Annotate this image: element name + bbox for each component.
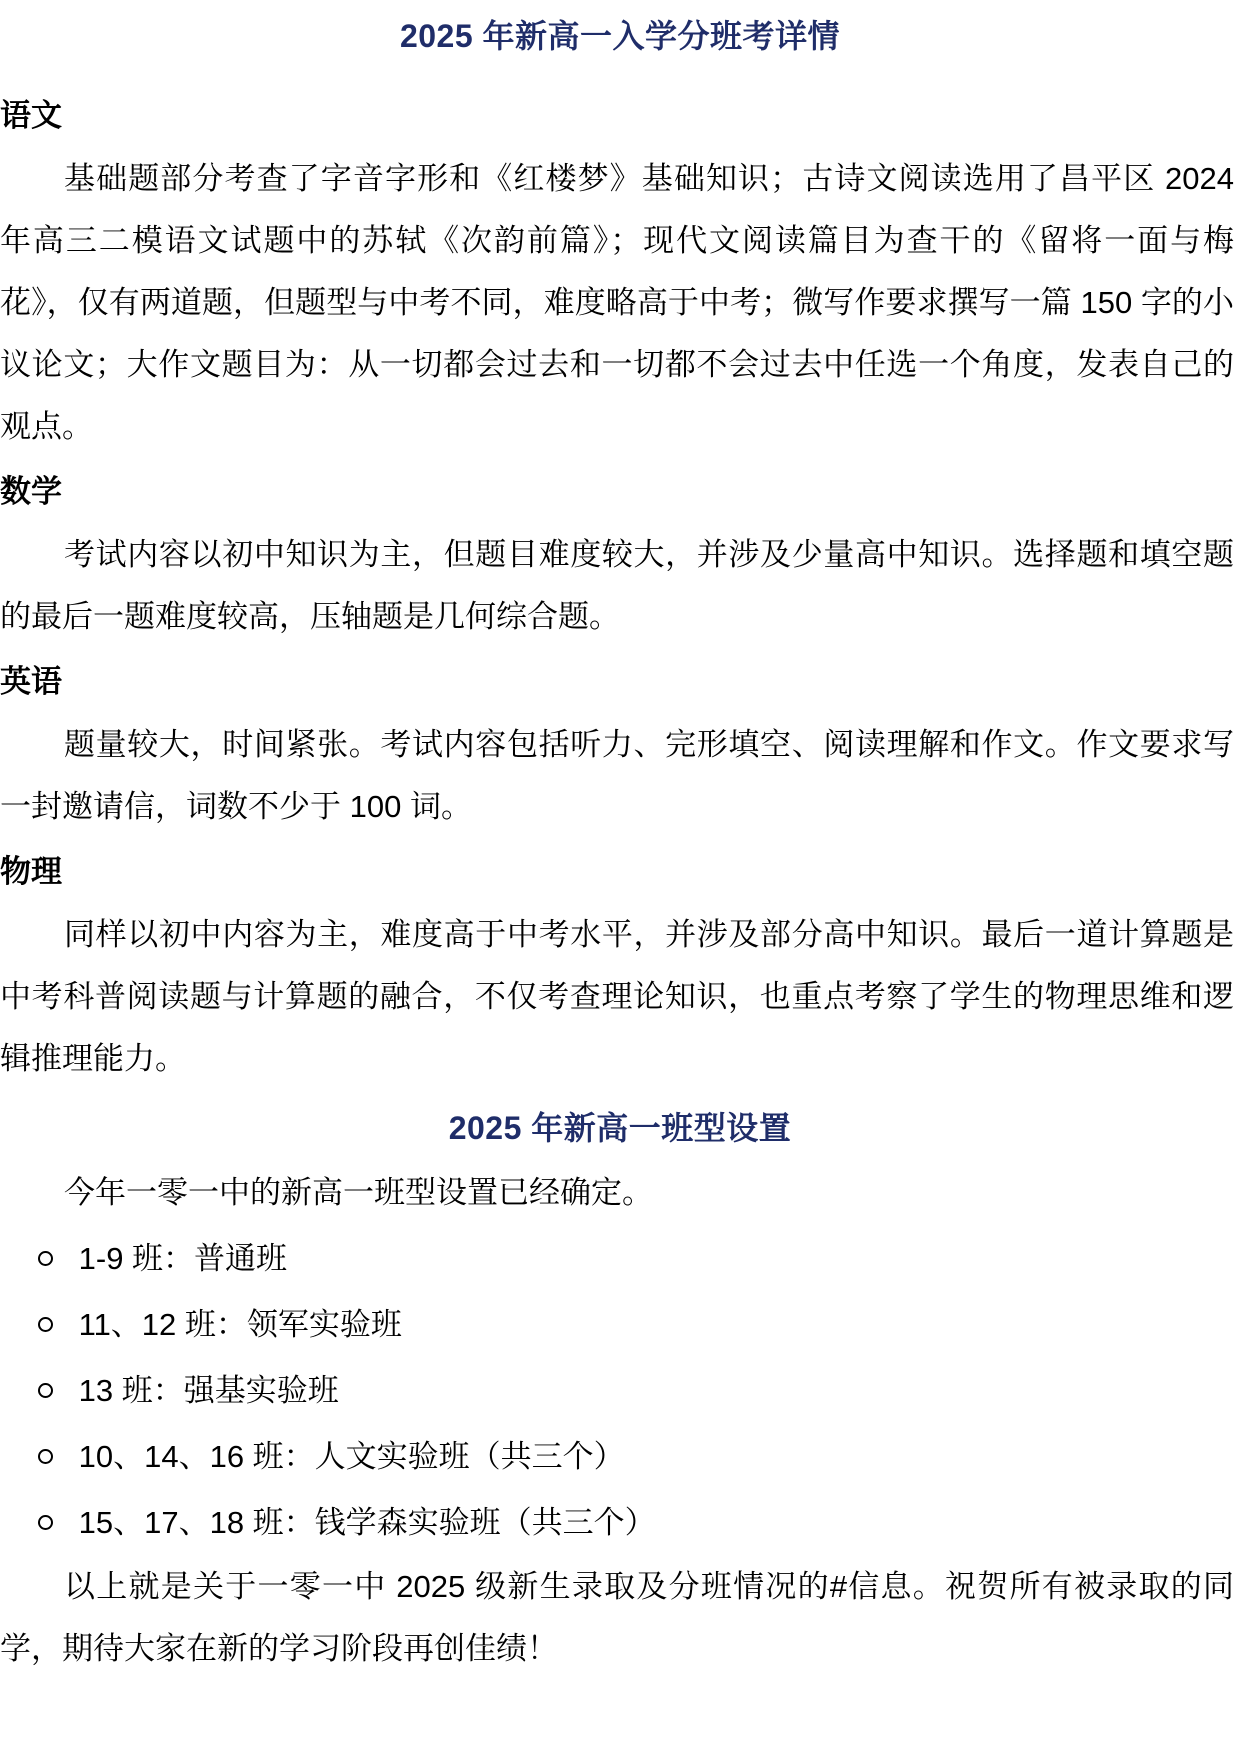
class-list-item: 15、17、18 班：钱学森实验班（共三个） [0,1490,1240,1556]
class-setup-title: 2025 年新高一班型设置 [0,1104,1240,1152]
class-list-item-label: 13 班：强基实验班 [79,1373,339,1408]
circle-bullet-icon [38,1251,53,1266]
subject-heading-english: 英语 [0,650,1240,714]
subject-paragraph-math: 考试内容以初中知识为主，但题目难度较大，并涉及少量高中知识。选择题和填空题的最后… [0,524,1240,648]
subject-section-english: 英语 题量较大，时间紧张。考试内容包括听力、完形填空、阅读理解和作文。作文要求写… [0,650,1240,838]
subject-section-physics: 物理 同样以初中内容为主，难度高于中考水平，并涉及部分高中知识。最后一道计算题是… [0,840,1240,1090]
subject-section-math: 数学 考试内容以初中知识为主，但题目难度较大，并涉及少量高中知识。选择题和填空题… [0,460,1240,648]
subject-heading-chinese: 语文 [0,84,1240,148]
class-setup-intro: 今年一零一中的新高一班型设置已经确定。 [0,1162,1240,1224]
class-list-item-label: 15、17、18 班：钱学森实验班（共三个） [79,1505,656,1540]
subject-heading-physics: 物理 [0,840,1240,904]
circle-bullet-icon [38,1383,53,1398]
circle-bullet-icon [38,1449,53,1464]
class-list-item-label: 10、14、16 班：人文实验班（共三个） [79,1439,625,1474]
class-list-item-label: 1-9 班：普通班 [79,1241,287,1276]
subject-paragraph-physics: 同样以初中内容为主，难度高于中考水平，并涉及部分高中知识。最后一道计算题是中考科… [0,904,1240,1090]
exam-details-title: 2025 年新高一入学分班考详情 [0,12,1240,60]
class-list-item: 13 班：强基实验班 [0,1358,1240,1424]
class-list-item: 1-9 班：普通班 [0,1226,1240,1292]
class-list-item-label: 11、12 班：领军实验班 [79,1307,402,1342]
document-page: 2025 年新高一入学分班考详情 语文 基础题部分考查了字音字形和《红楼梦》基础… [0,0,1240,1754]
class-list: 1-9 班：普通班 11、12 班：领军实验班 13 班：强基实验班 10、14… [0,1226,1240,1556]
subject-paragraph-chinese: 基础题部分考查了字音字形和《红楼梦》基础知识；古诗文阅读选用了昌平区 2024 … [0,148,1240,458]
closing-paragraph: 以上就是关于一零一中 2025 级新生录取及分班情况的#信息。祝贺所有被录取的同… [0,1556,1240,1680]
class-list-item: 10、14、16 班：人文实验班（共三个） [0,1424,1240,1490]
class-list-item: 11、12 班：领军实验班 [0,1292,1240,1358]
subject-paragraph-english: 题量较大，时间紧张。考试内容包括听力、完形填空、阅读理解和作文。作文要求写一封邀… [0,714,1240,838]
subject-section-chinese: 语文 基础题部分考查了字音字形和《红楼梦》基础知识；古诗文阅读选用了昌平区 20… [0,84,1240,458]
circle-bullet-icon [38,1317,53,1332]
circle-bullet-icon [38,1515,53,1530]
subject-heading-math: 数学 [0,460,1240,524]
